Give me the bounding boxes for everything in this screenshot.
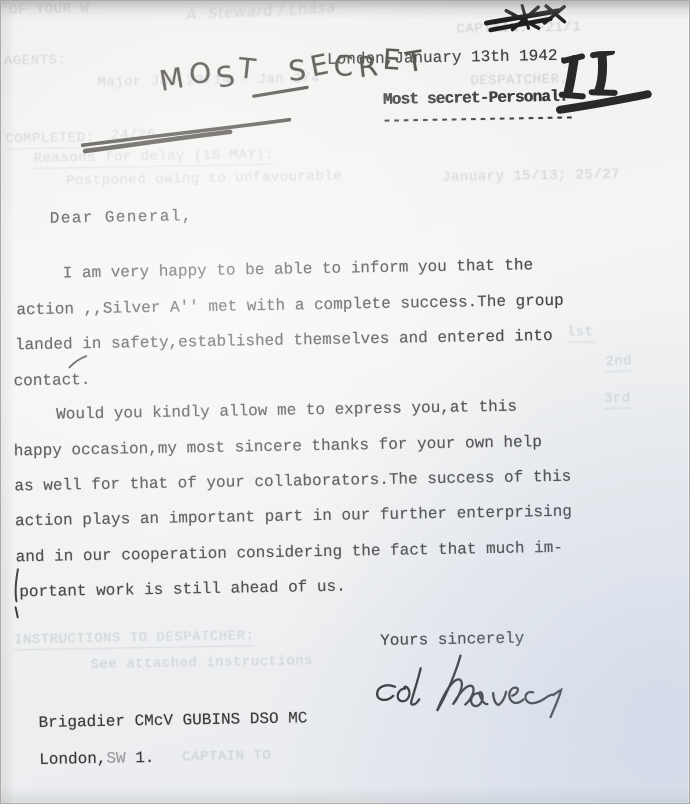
slash-before-portant [15,569,19,617]
recipient-name: Brigadier CMcV GUBINS DSO MC [38,708,307,733]
paper-background: OF YOUR W A. Steward / Lhasa CAPTAIN: F2… [1,1,689,803]
recipient-city: London, [39,750,107,769]
bleedthrough-fragment: lst [567,324,594,342]
bleedthrough-fragment: OF YOUR W [9,1,89,18]
body-line: Would you kindly allow me to express you… [56,397,517,425]
bleedthrough-fragment: January 15/13; 25/27 [442,167,620,186]
body-line: action plays an important part in our fu… [15,502,572,532]
recipient-district-faint: SW [106,749,126,767]
body-line: landed in safety,established themselves … [15,326,553,355]
bleedthrough-fragment: CAPTAIN TO [182,748,271,766]
signature-handwriting [364,648,575,730]
bleedthrough-fragment: 2nd [605,354,632,372]
closing: Yours sincerely [380,628,524,651]
body-line: I am very happy to be able to inform you… [63,255,534,283]
roman-numeral-ii-mark [550,50,653,124]
bleedthrough-fragment: AGENTS: [4,52,67,69]
bleedthrough-fragment: INSTRUCTIONS TO DESPATCHER: [14,628,255,650]
handwritten-most-secret-stamp: MOST SECRET [73,10,437,221]
bleedthrough-fragment: 3rd [604,391,631,409]
recipient-number: 1. [125,749,154,768]
body-line: action ,,Silver A'' met with a complete … [16,291,564,321]
recipient-address: London,SW 1. [39,748,155,770]
body-line: portant work is still ahead of us. [19,577,346,603]
body-line: as well for that of your collaborators.T… [14,467,571,497]
body-line: and in our cooperation considering the f… [16,538,564,568]
tick-over-contact [69,356,86,367]
bleedthrough-fragment: See attached instructions [90,653,313,673]
crossed-out-scribble [478,2,574,36]
stamp-underline [80,119,311,155]
scanned-letter-page: OF YOUR W A. Steward / Lhasa CAPTAIN: F2… [0,0,690,804]
document-content: OF YOUR W A. Steward / Lhasa CAPTAIN: F2… [1,1,689,803]
stamp-word: MOST SECRET [158,43,428,95]
body-line: happy occasion,my most sincere thanks fo… [14,432,542,461]
body-line: contact. [13,370,90,391]
